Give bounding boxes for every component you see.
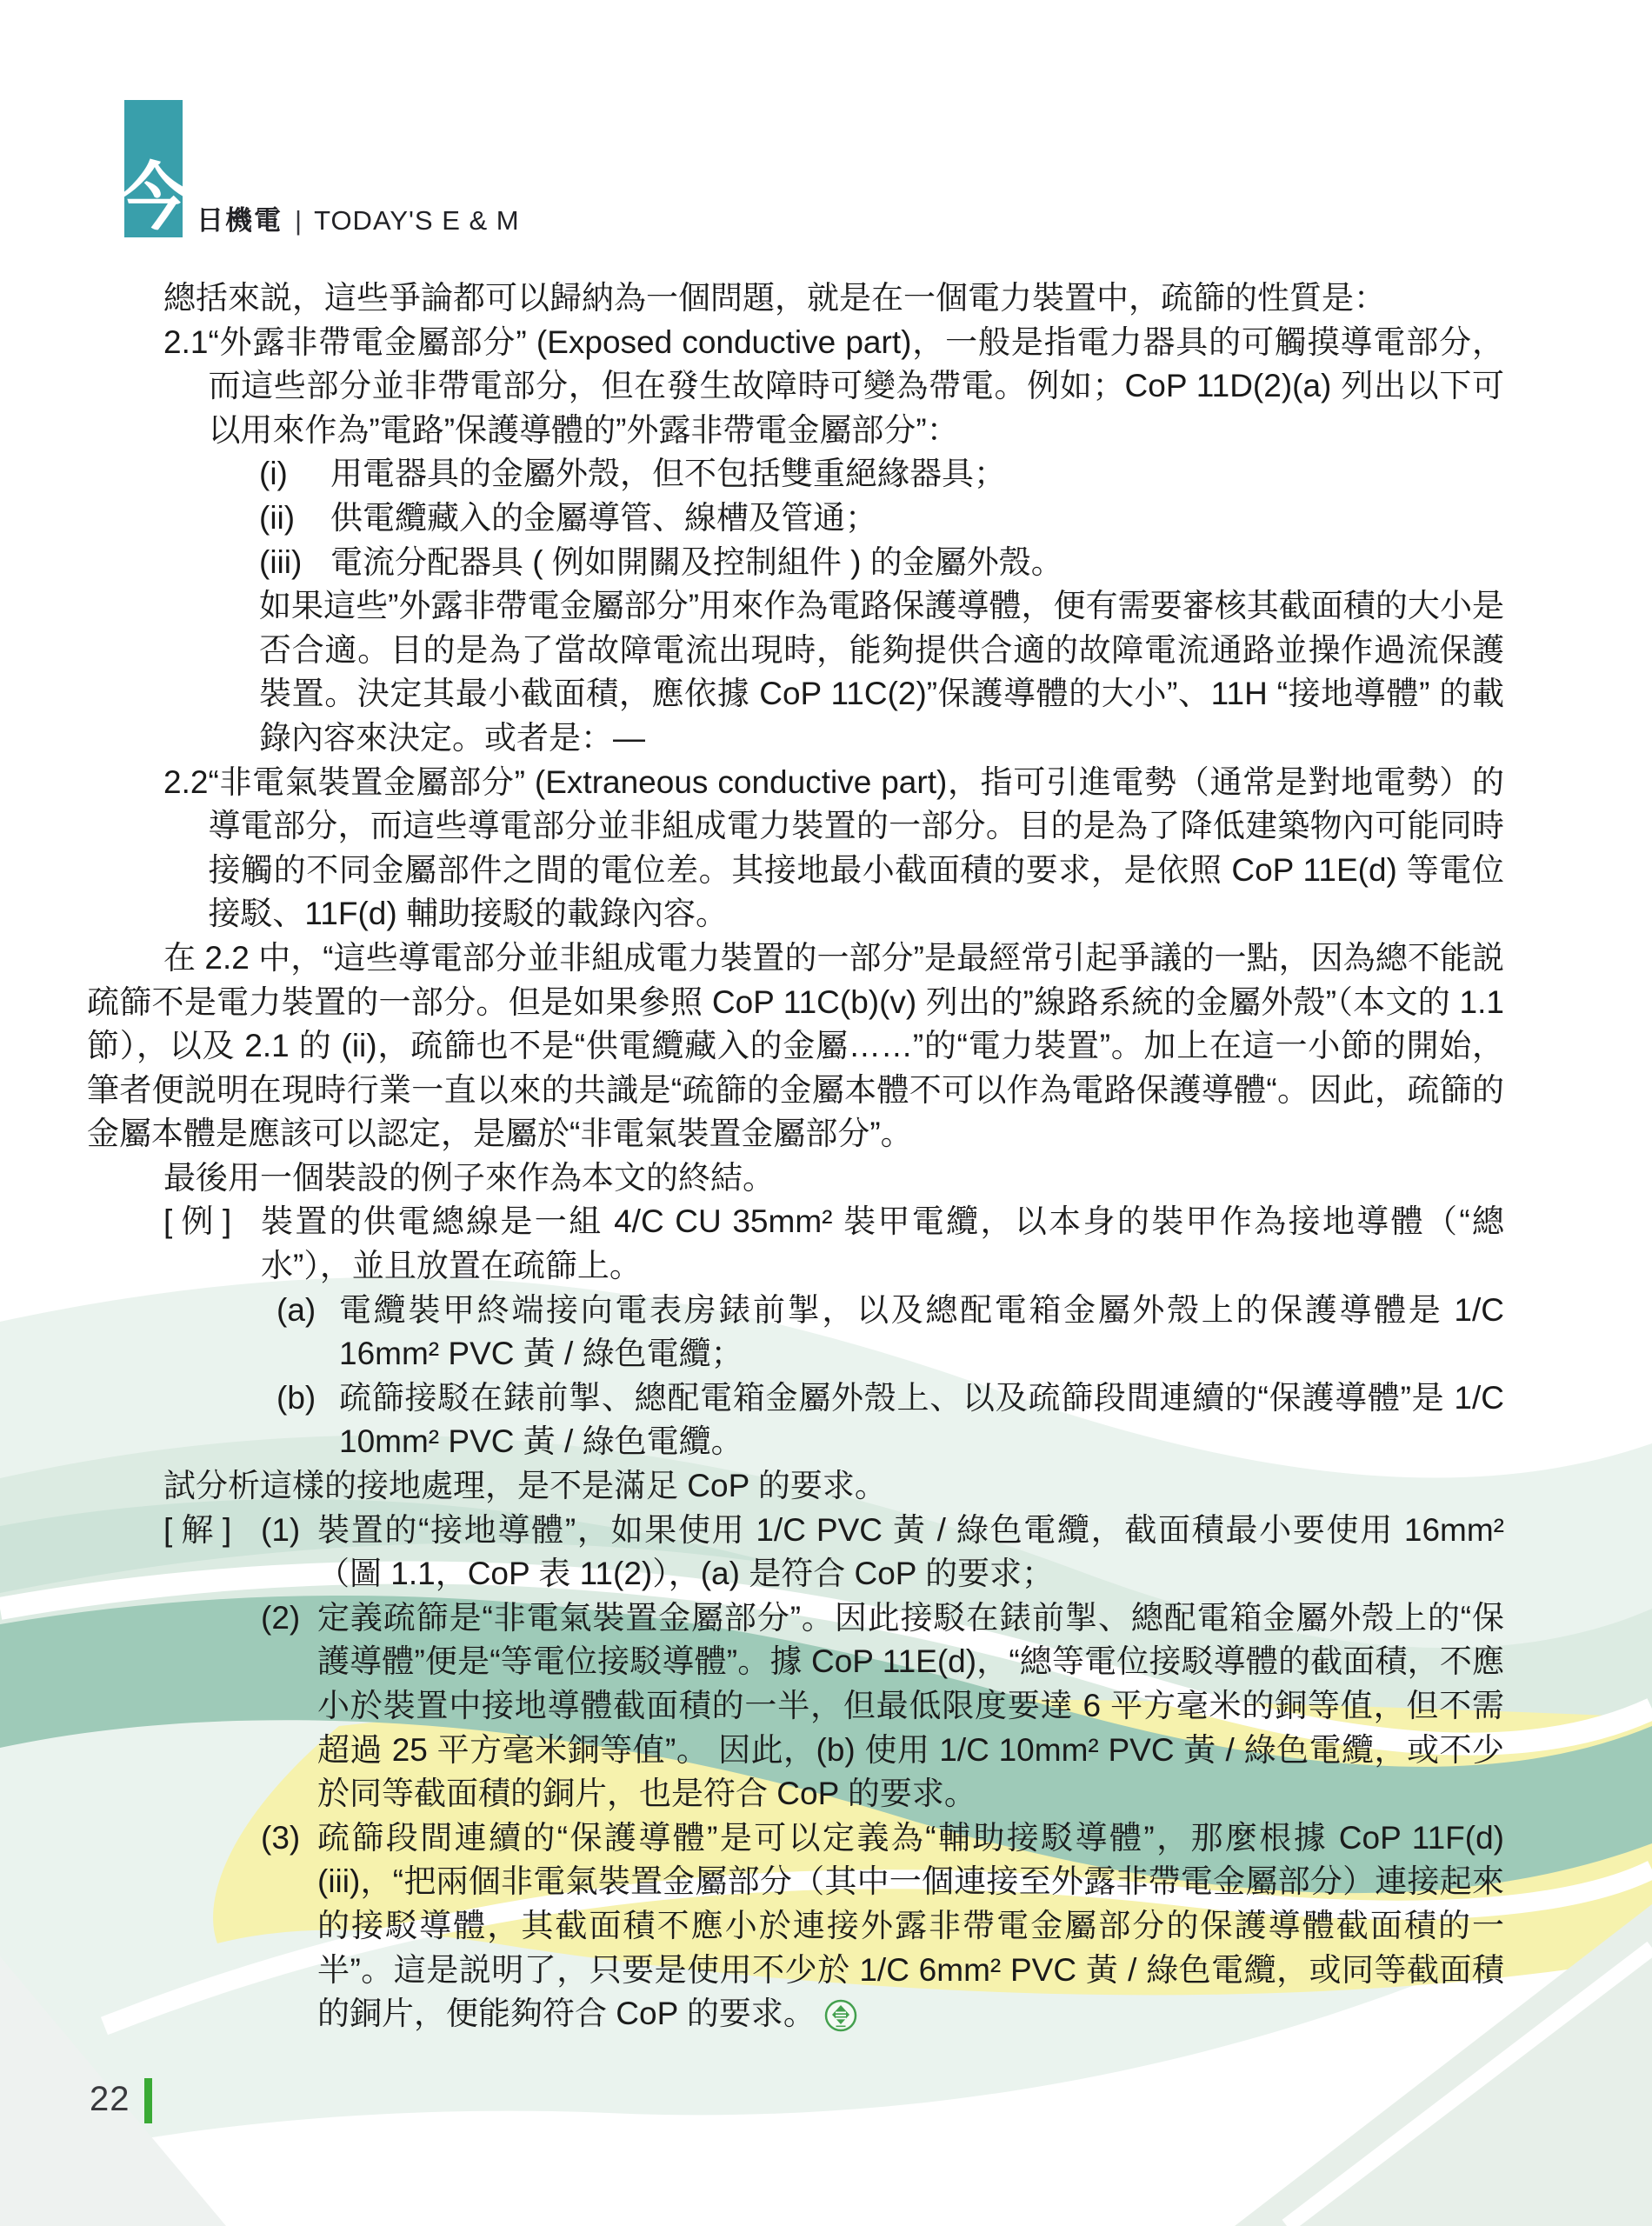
example-item-b-text: 疏篩接駁在錶前掣、總配電箱金屬外殼上、以及疏篩段間連續的“保護導體”是 1/C … [339,1376,1504,1464]
item-2-2-text: “非電氣裝置金屬部分” (Extraneous conductive part)… [208,761,1504,936]
example-item-a-marker: (a) [276,1289,339,1376]
list-item-iii-text: 電流分配器具 ( 例如開關及控制組件 ) 的金屬外殼。 [330,541,1504,585]
solution-item-3-wrap: 疏篩段間連續的“保護導體”是可以定義為“輔助接駁導體”，那麼根據 CoP 11F… [317,1816,1504,2044]
solution-item-3: (3) 疏篩段間連續的“保護導體”是可以定義為“輔助接駁導體”，那麼根據 CoP… [261,1816,1504,2044]
magazine-page: 今 日機電|TODAY'S E & M 總括來説，這些爭論都可以歸納為一個問題，… [0,0,1652,2226]
paragraph-example-lead: 最後用一個裝設的例子來作為本文的終結。 [87,1156,1504,1201]
list-item-ii-text: 供電纜藏入的金屬導管、線槽及管通； [330,497,1504,541]
paragraph-discussion: 在 2.2 中，“這些導電部分並非組成電力裝置的一部分”是最經常引起爭議的一點，… [87,936,1504,1156]
list-item-ii-marker: (ii) [259,497,330,541]
list-item-i-text: 用電器具的金屬外殼，但不包括雙重絕緣器具； [330,452,1504,497]
solution-items: (1) 裝置的“接地導體”，如果使用 1/C PVC 黃 / 綠色電纜，截面積最… [261,1509,1504,2044]
page-number: 22 [90,2080,130,2119]
magazine-logo: 今 [124,100,183,237]
item-2-1-text: “外露非帶電金屬部分” (Exposed conductive part)，一般… [208,321,1504,453]
masthead-title-en: TODAY'S E & M [314,205,520,236]
item-2-1-number: 2.1 [163,321,208,453]
example-block: [ 例 ] 裝置的供電總線是一組 4/C CU 35mm² 裝甲電纜，以本身的裝… [87,1200,1504,1288]
solution-item-1-text: 裝置的“接地導體”，如果使用 1/C PVC 黃 / 綠色電纜，截面積最小要使用… [317,1509,1504,1596]
item-2-1: 2.1 “外露非帶電金屬部分” (Exposed conductive part… [87,321,1504,453]
solution-item-1-marker: (1) [261,1509,317,1596]
list-item-iii: (iii) 電流分配器具 ( 例如開關及控制組件 ) 的金屬外殼。 [87,541,1504,585]
list-item-ii: (ii) 供電纜藏入的金屬導管、線槽及管通； [87,497,1504,541]
solution-item-3-text: 疏篩段間連續的“保護導體”是可以定義為“輔助接駁導體”，那麼根據 CoP 11F… [317,1820,1504,2031]
solution-item-2-text: 定義疏篩是“非電氣裝置金屬部分”。因此接駁在錶前掣、總配電箱金屬外殼上的“保護導… [317,1596,1504,1816]
masthead-separator: | [295,205,302,236]
page-footer: 22 [90,2080,152,2123]
solution-item-1: (1) 裝置的“接地導體”，如果使用 1/C PVC 黃 / 綠色電纜，截面積最… [261,1509,1504,1596]
example-text: 裝置的供電總線是一組 4/C CU 35mm² 裝甲電纜，以本身的裝甲作為接地導… [261,1200,1504,1288]
example-label: [ 例 ] [163,1200,261,1288]
solution-item-3-marker: (3) [261,1816,317,2044]
item-2-2-number: 2.2 [163,761,208,936]
solution-item-2-marker: (2) [261,1596,317,1816]
article-body: 總括來説，這些爭論都可以歸納為一個問題，就是在一個電力裝置中，疏篩的性質是： 2… [87,277,1504,2044]
list-item-i: (i) 用電器具的金屬外殼，但不包括雙重絕緣器具； [87,452,1504,497]
end-of-article-seal-icon [824,1999,857,2044]
page-number-accent-bar [144,2078,152,2123]
example-item-b-marker: (b) [276,1376,339,1464]
example-item-a: (a) 電纜裝甲終端接向電表房錶前掣，以及總配電箱金屬外殼上的保護導體是 1/C… [87,1289,1504,1376]
solution-label: [ 解 ] [163,1509,261,2044]
logo-character: 今 [124,157,183,237]
paragraph-intro: 總括來説，這些爭論都可以歸納為一個問題，就是在一個電力裝置中，疏篩的性質是： [87,277,1504,321]
list-item-i-marker: (i) [259,452,330,497]
item-2-1-continuation: 如果這些”外露非帶電金屬部分”用來作為電路保護導體，便有需要審核其截面積的大小是… [259,584,1504,760]
item-2-2: 2.2 “非電氣裝置金屬部分” (Extraneous conductive p… [87,761,1504,936]
masthead-title-cjk: 日機電 [197,205,283,236]
example-item-b: (b) 疏篩接駁在錶前掣、總配電箱金屬外殼上、以及疏篩段間連續的“保護導體”是 … [87,1376,1504,1464]
list-item-iii-marker: (iii) [259,541,330,585]
page-header: 今 日機電|TODAY'S E & M [0,0,1652,261]
masthead-title: 日機電|TODAY'S E & M [197,198,520,237]
solution-block: [ 解 ] (1) 裝置的“接地導體”，如果使用 1/C PVC 黃 / 綠色電… [87,1509,1504,2044]
example-item-a-text: 電纜裝甲終端接向電表房錶前掣，以及總配電箱金屬外殼上的保護導體是 1/C 16m… [339,1289,1504,1376]
solution-item-2: (2) 定義疏篩是“非電氣裝置金屬部分”。因此接駁在錶前掣、總配電箱金屬外殼上的… [261,1596,1504,1816]
paragraph-analysis-lead: 試分析這樣的接地處理，是不是滿足 CoP 的要求。 [87,1464,1504,1509]
